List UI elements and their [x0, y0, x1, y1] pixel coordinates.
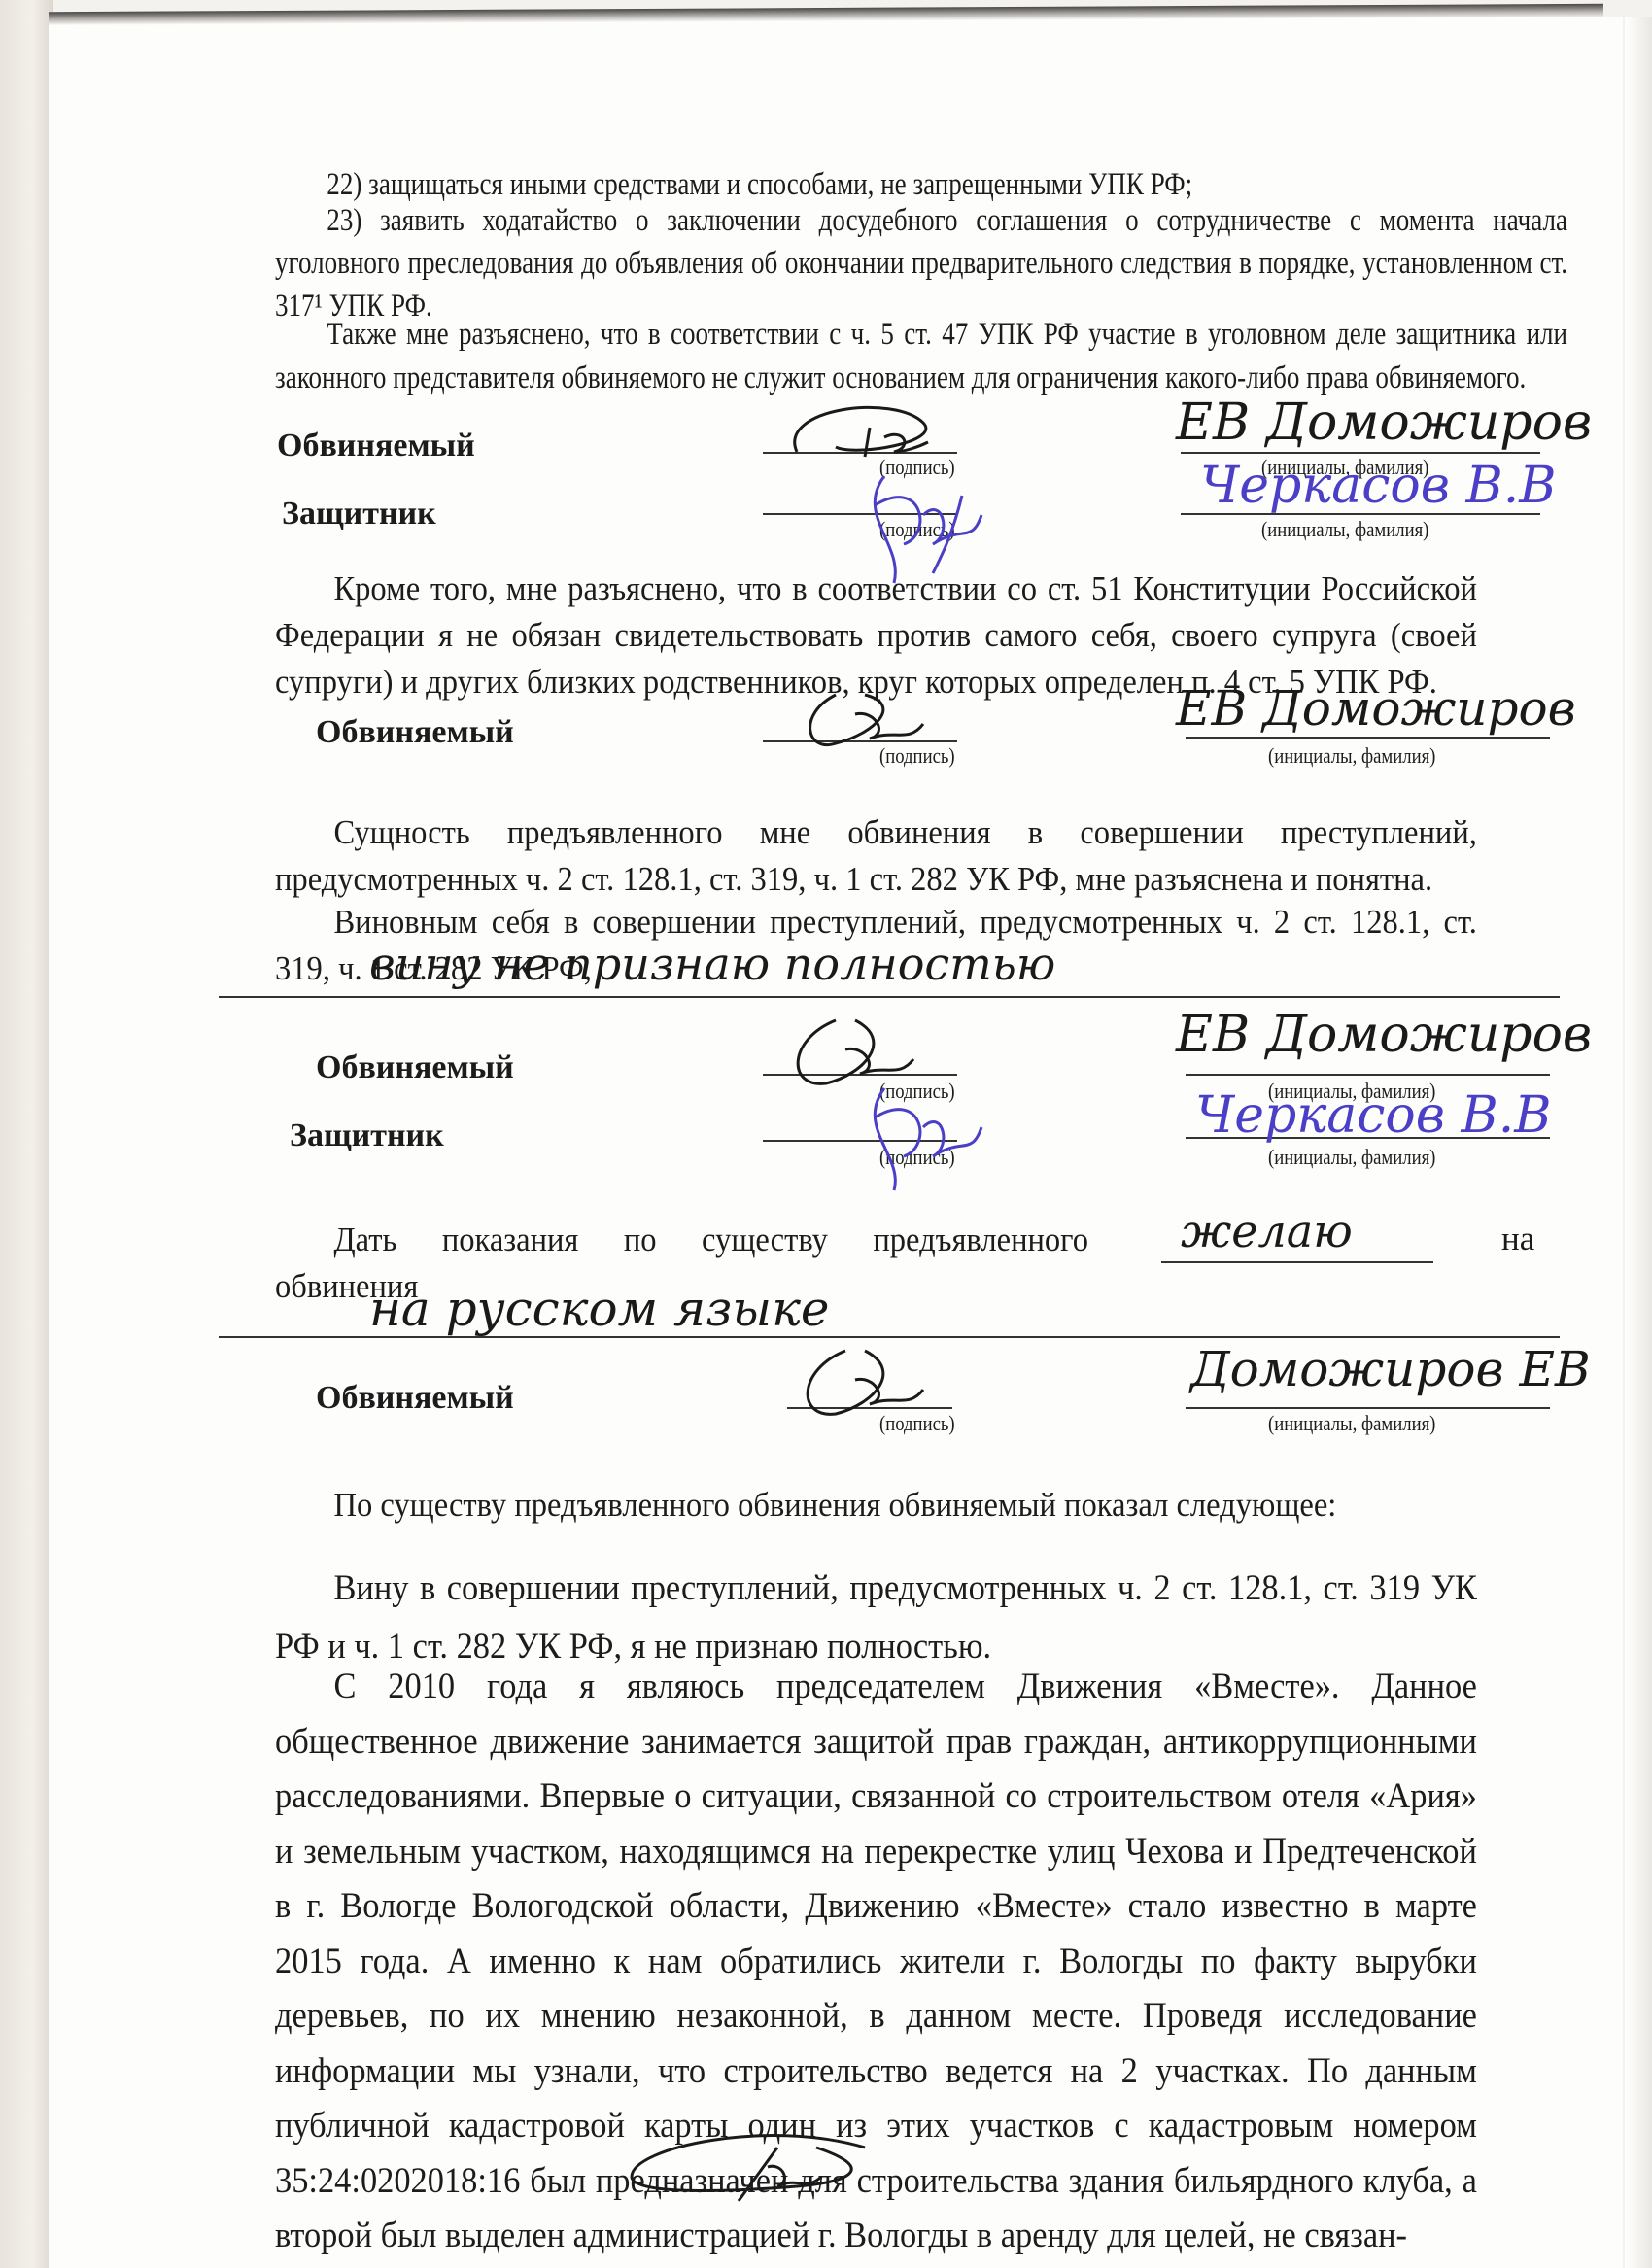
signature-accused-3: [777, 1011, 952, 1088]
role-accused-2: Обвиняемый: [316, 714, 514, 751]
signature-defender-2: [845, 1079, 1020, 1195]
signature-accused-2: [797, 685, 952, 753]
handwritten-name-accused-3: ЕВ Доможиров: [1176, 1006, 1592, 1064]
handwritten-testimony-wish: желаю: [1181, 1205, 1353, 1257]
testimony-fill-line-1: [1161, 1261, 1433, 1263]
name-line-accused-2: [1186, 737, 1550, 739]
para-defender-text: Также мне разъяснено, что в соответствии…: [275, 313, 1567, 400]
signature-footer: [622, 2128, 894, 2206]
name-line-accused-3: [1186, 1074, 1550, 1076]
para-essence: Сущность предъявленного мне обвинения в …: [275, 809, 1477, 903]
handwritten-testimony-language: на русском языке: [369, 1281, 830, 1337]
caption-name-defender-2: (инициалы, фамилия): [1268, 1145, 1435, 1170]
handwritten-name-accused-4: Доможиров ЕВ: [1190, 1341, 1591, 1397]
caption-name-accused-4: (инициалы, фамилия): [1268, 1411, 1435, 1436]
rights-item-23-text: 23) заявить ходатайство о заключении дос…: [275, 199, 1567, 327]
role-defender-2: Защитник: [290, 1117, 444, 1154]
scan-left-strip: [0, 0, 53, 2268]
para-essence-text: Сущность предъявленного мне обвинения в …: [275, 809, 1477, 903]
signature-accused-4: [787, 1341, 962, 1419]
caption-name-defender-1: (инициалы, фамилия): [1261, 517, 1428, 542]
handwritten-name-defender-1: Черкасов В.В: [1200, 457, 1557, 515]
handwritten-name-defender-2: Черкасов В.В: [1195, 1086, 1552, 1145]
para-testified-text: По существу предъявленного обвинения обв…: [275, 1482, 1477, 1529]
scan-right-edge: [1625, 17, 1652, 2268]
role-accused-3: Обвиняемый: [316, 1049, 514, 1086]
handwritten-guilt: вину не признаю полностью: [369, 938, 1055, 990]
role-defender-1: Защитник: [282, 496, 436, 533]
guilt-fill-line: [219, 996, 1560, 998]
caption-name-accused-2: (инициалы, фамилия): [1268, 743, 1435, 769]
para-not-guilty-text: Вину в совершении преступлений, предусмо…: [275, 1560, 1477, 1676]
name-line-accused-1: [1181, 452, 1540, 454]
handwritten-name-accused-2: ЕВ Доможиров: [1176, 680, 1576, 737]
rights-item-23: 23) заявить ходатайство о заключении дос…: [275, 199, 1567, 327]
role-accused-1: Обвиняемый: [277, 428, 475, 464]
testimony-fill-line-2: [219, 1336, 1560, 1338]
para-testified: По существу предъявленного обвинения обв…: [275, 1482, 1477, 1529]
para-defender: Также мне разъяснено, что в соответствии…: [275, 313, 1567, 400]
role-accused-4: Обвиняемый: [316, 1380, 514, 1417]
name-line-accused-4: [1186, 1407, 1550, 1409]
para-not-guilty: Вину в совершении преступлений, предусмо…: [275, 1560, 1477, 1676]
testimony-on: на: [1501, 1217, 1560, 1260]
handwritten-name-accused-1: ЕВ Доможиров: [1176, 394, 1592, 452]
